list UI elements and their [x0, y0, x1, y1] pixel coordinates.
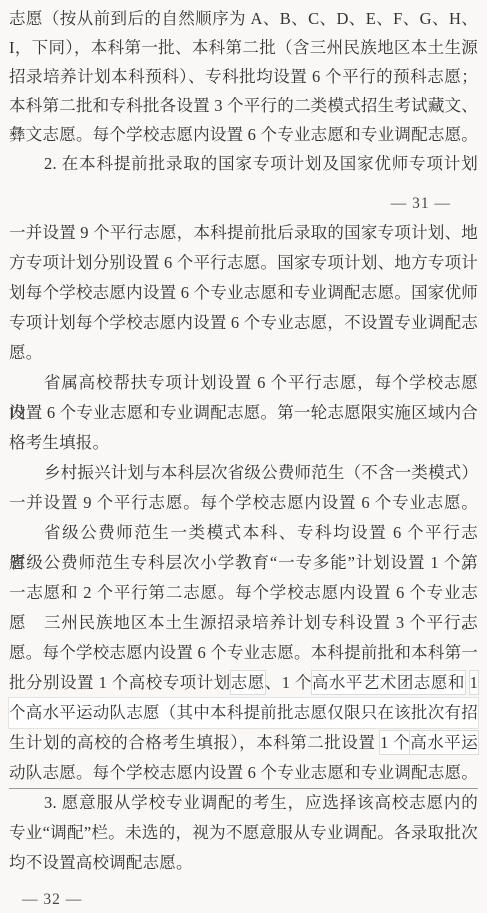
text-line: 乡村振兴计划与本科层次省级公费师范生（不含一类模式）	[9, 458, 478, 488]
text-line: 愿。	[9, 338, 478, 368]
text-segment: 批分别设置 1 个高校专项计划	[9, 673, 231, 692]
text-line: 划每个学校志愿内设置 6 个专业志愿和专业调配志愿。国家优师	[9, 278, 478, 308]
text-line: 3. 愿意服从学校专业调配的考生，应选择该高校志愿内的	[9, 788, 478, 818]
text-line: 格考生填报。	[9, 428, 478, 458]
text-line: 设置 6 个专业志愿和专业调配志愿。第一轮志愿限实施区域内合	[9, 398, 478, 428]
text-line: 专业“调配”栏。未选的，视为不愿意服从专业调配。各录取批次	[9, 818, 478, 848]
text-line: 2. 在本科提前批录取的国家专项计划及国家优师专项计划	[9, 149, 478, 178]
text-line: 招录培养计划本科预科）、专科批均设置 6 个平行的预科志愿；	[9, 62, 478, 91]
text-line: I，下同），本科第一批、本科第二批（含三州民族地区本土生源	[9, 33, 478, 62]
patched-text: 高水平艺术团志愿和	[312, 671, 465, 694]
text-line: 彝文志愿。每个学校志愿内设置 6 个专业志愿和专业调配志愿。	[9, 120, 478, 149]
text-line: 均不设置高校调配志愿。	[9, 848, 478, 878]
text-segment	[465, 673, 470, 692]
patched-text: 志愿	[231, 671, 265, 694]
text-line: 志愿（按从前到后的自然顺序为 A、B、C、D、E、F、G、H、	[9, 4, 478, 33]
text-line: 生计划的高校的合格考生填报），本科第二批设置 1 个高水平运	[9, 728, 478, 758]
patched-text: 高水平运	[410, 731, 478, 754]
text-line: 批分别设置 1 个高校专项计划志愿、1 个高水平艺术团志愿和 1	[9, 668, 478, 698]
page-number-31: — 31 —	[9, 194, 478, 214]
text-line: 省级公费师范生一类模式本科、专科均设置 6 个平行志愿。	[9, 518, 478, 548]
text-line: 一志愿和 2 个平行第二志愿。每个学校志愿内设置 6 个专业志愿。	[9, 578, 478, 608]
document-scan: 志愿（按从前到后的自然顺序为 A、B、C、D、E、F、G、H、I，下同），本科第…	[0, 0, 487, 910]
text-line: 个高水平运动队志愿（其中本科提前批志愿仅限只在该批次有招	[9, 698, 478, 728]
page-31-content: 志愿（按从前到后的自然顺序为 A、B、C、D、E、F、G、H、I，下同），本科第…	[9, 4, 478, 178]
patched-text: 1 个	[380, 731, 410, 754]
patched-text: 1	[470, 671, 478, 694]
text-line: 省属高校帮扶专项计划设置 6 个平行志愿，每个学校志愿内	[9, 368, 478, 398]
text-segment: 、1 个	[265, 673, 312, 692]
text-line: 一并设置 9 个平行志愿，本科提前批后录取的国家专项计划、地	[9, 218, 478, 248]
page-number-32: — 32 —	[9, 890, 478, 910]
text-line: 三州民族地区本土生源招录培养计划专科设置 3 个平行志	[9, 608, 478, 638]
text-line: 省级公费师范生专科层次小学教育“一专多能”计划设置 1 个第	[9, 548, 478, 578]
text-line: 愿。每个学校志愿内设置 6 个专业志愿。本科提前批和本科第一	[9, 638, 478, 668]
text-line: 一并设置 9 个平行志愿。每个学校志愿内设置 6 个专业志愿。	[9, 488, 478, 518]
page-32-content: 一并设置 9 个平行志愿，本科提前批后录取的国家专项计划、地方专项计划分别设置 …	[9, 218, 478, 878]
text-line: 动队志愿。每个学校志愿内设置 6 个专业志愿和专业调配志愿。	[9, 758, 478, 788]
text-line: 方专项计划分别设置 6 个平行志愿。国家专项计划、地方专项计	[9, 248, 478, 278]
text-line: 专项计划每个学校志愿内设置 6 个专业志愿，不设置专业调配志	[9, 308, 478, 338]
text-segment: 生计划的高校的合格考生填报），本科第二批设置	[9, 733, 380, 752]
text-line: 本科第二批和专科批各设置 3 个平行的二类模式招生考试藏文、	[9, 91, 478, 120]
